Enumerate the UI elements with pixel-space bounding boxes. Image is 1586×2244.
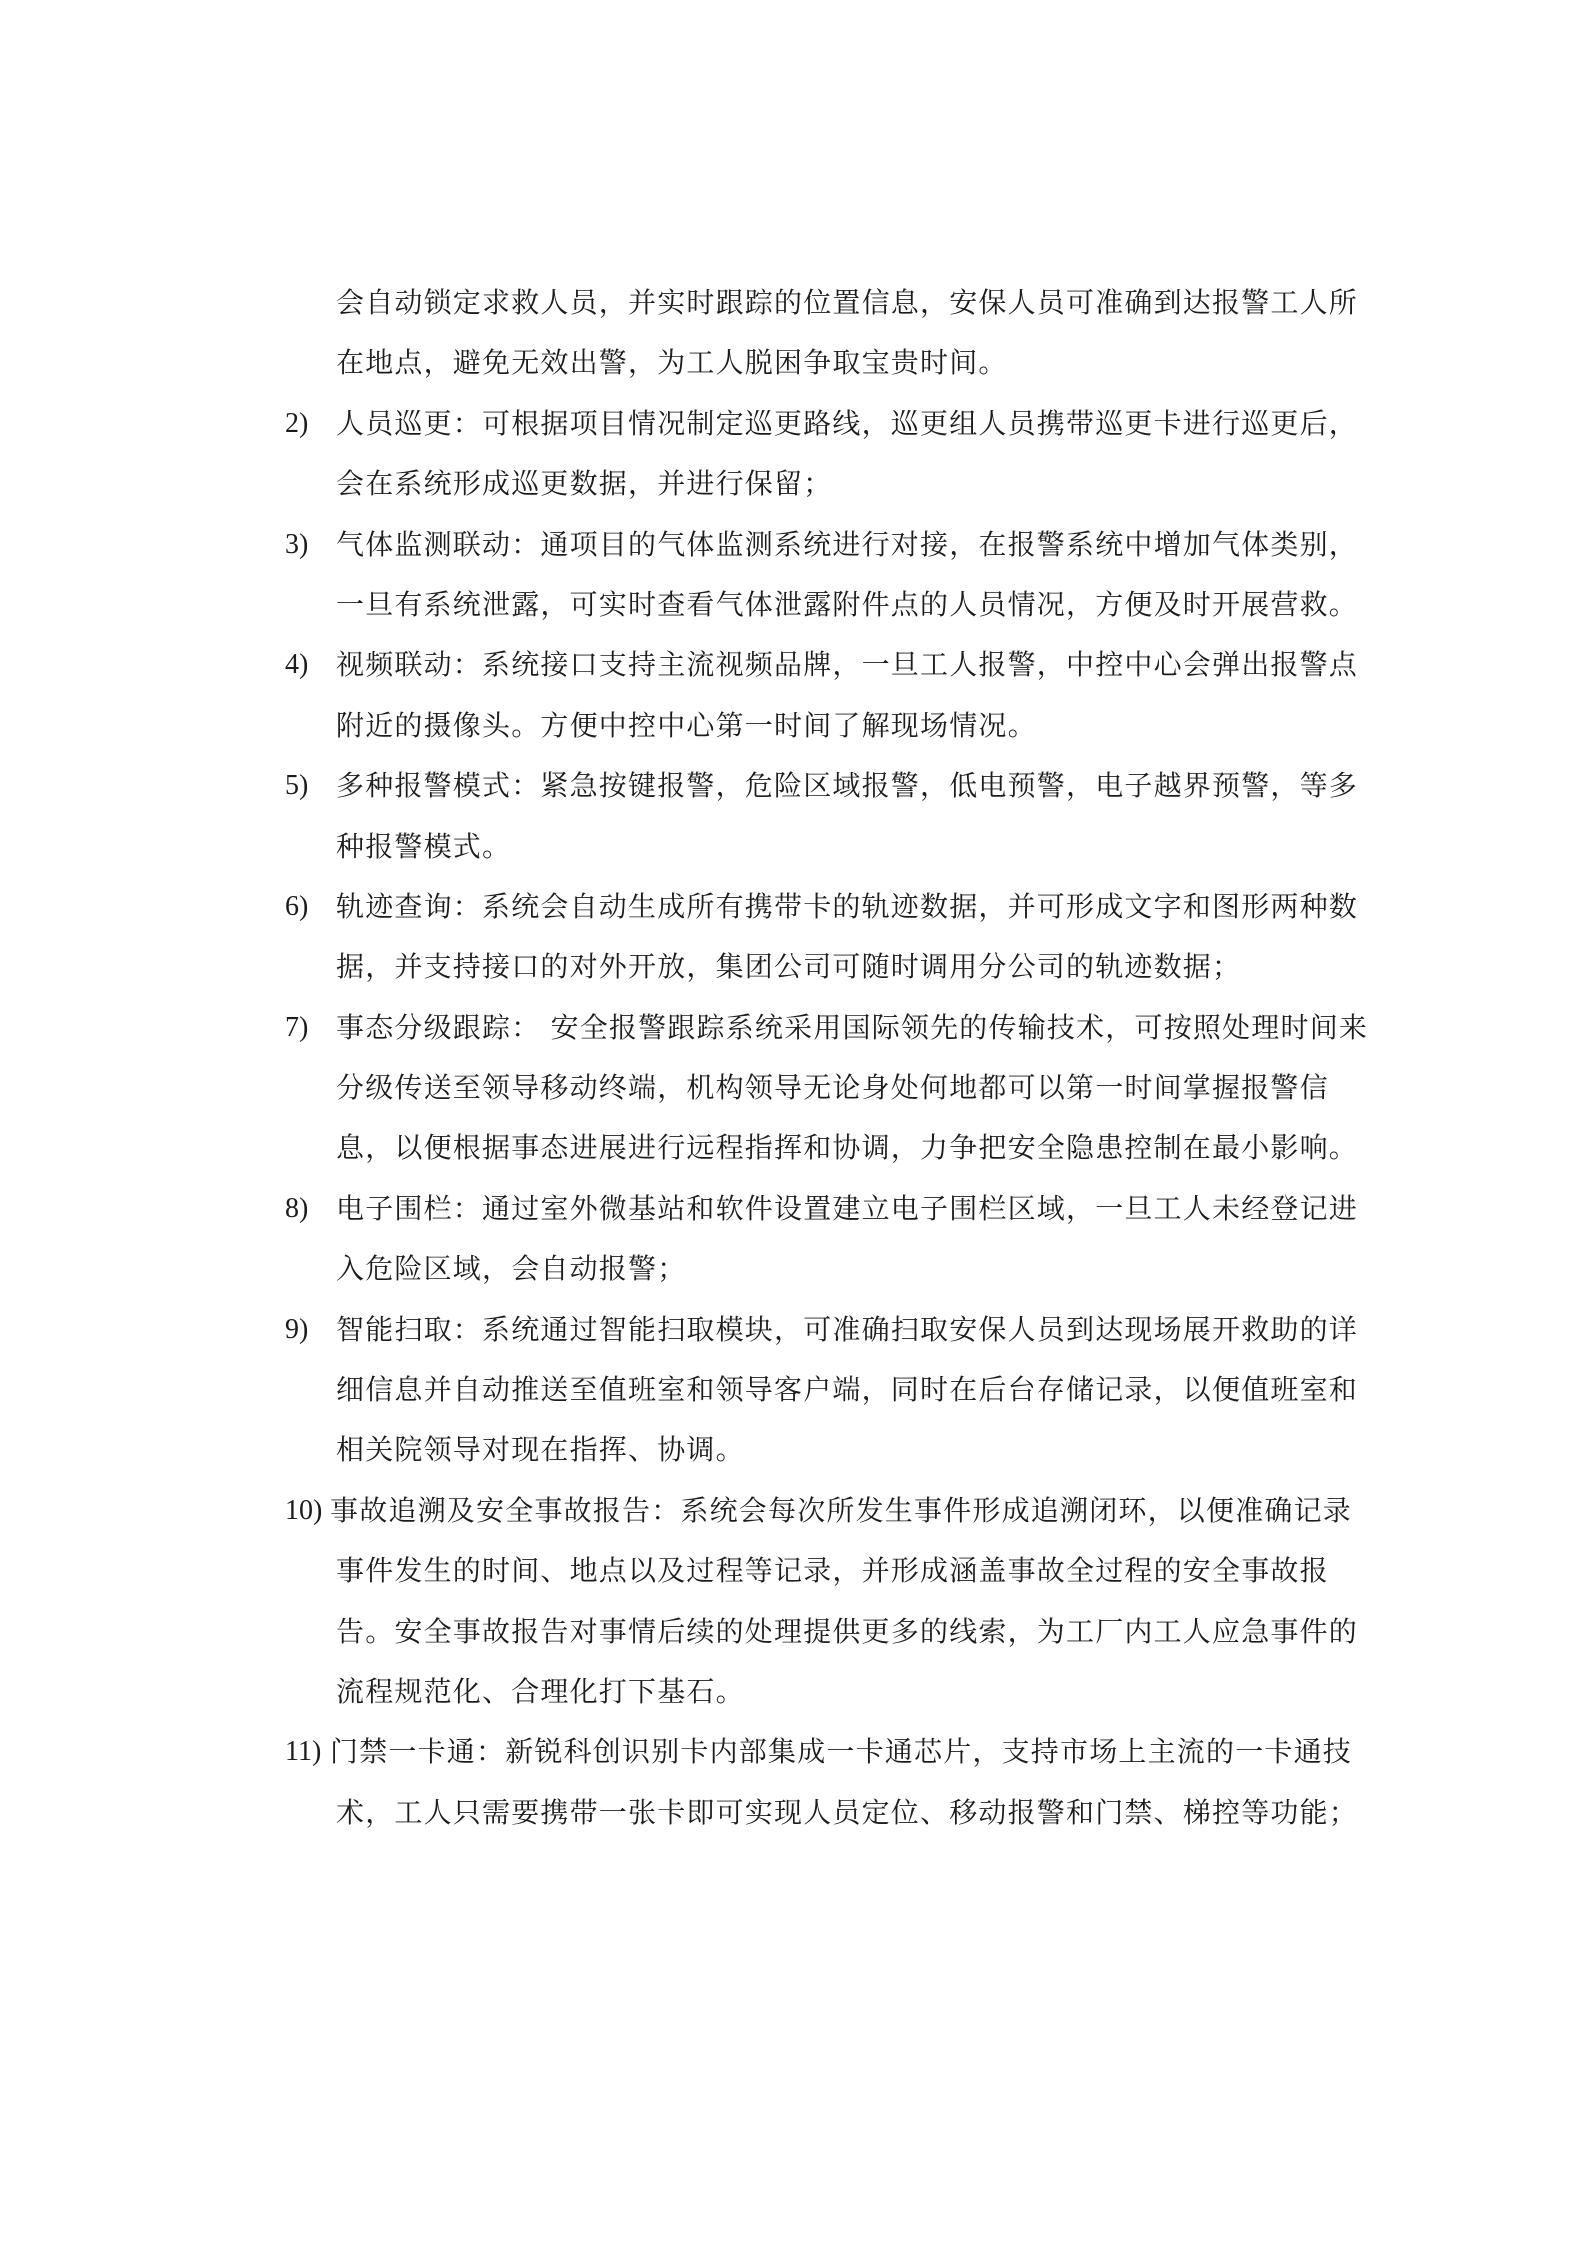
paragraph-line: 细信息并自动推送至值班室和领导客户端，同时在后台存储记录，以便值班室和 [0, 1360, 1586, 1420]
list-item-1-continuation: 会自动锁定求救人员，并实时跟踪的位置信息，安保人员可准确到达报警工人所 在地点，… [0, 273, 1586, 394]
paragraph-line: 流程规范化、合理化打下基石。 [0, 1662, 1586, 1722]
line-text: 入危险区域，会自动报警； [336, 1239, 686, 1299]
paragraph-line: 告。安全事故报告对事情后续的处理提供更多的线索，为工厂内工人应急事件的 [0, 1602, 1586, 1662]
paragraph-line: 2) 人员巡更：可根据项目情况制定巡更路线，巡更组人员携带巡更卡进行巡更后， [0, 394, 1586, 454]
paragraph-line: 4) 视频联动：系统接口支持主流视频品牌，一旦工人报警，中控中心会弹出报警点 [0, 635, 1586, 695]
paragraph-line: 5) 多种报警模式：紧急按键报警，危险区域报警，低电预警，电子越界预警，等多 [0, 756, 1586, 816]
list-item-accident-traceability: 10) 事故追溯及安全事故报告：系统会每次所发生事件形成追溯闭环，以便准确记录 … [0, 1481, 1586, 1723]
list-item-access-card: 11) 门禁一卡通：新锐科创识别卡内部集成一卡通芯片，支持市场上主流的一卡通技 … [0, 1722, 1586, 1843]
paragraph-line: 7) 事态分级跟踪： 安全报警跟踪系统采用国际领先的传输技术，可按照处理时间来 [0, 998, 1586, 1058]
paragraph-line: 在地点，避免无效出警，为工人脱困争取宝贵时间。 [0, 333, 1586, 393]
line-text: 术，工人只需要携带一张卡即可实现人员定位、移动报警和门禁、梯控等功能； [336, 1783, 1358, 1843]
paragraph-line: 息，以便根据事态进展进行远程指挥和协调，力争把安全隐患控制在最小影响。 [0, 1118, 1586, 1178]
item-number: 11) [285, 1722, 321, 1782]
paragraph-line: 一旦有系统泄露，可实时查看气体泄露附件点的人员情况，方便及时开展营救。 [0, 575, 1586, 635]
line-text: 气体监测联动：通项目的气体监测系统进行对接，在报警系统中增加气体类别， [336, 515, 1358, 575]
paragraph-line: 8) 电子围栏：通过室外微基站和软件设置建立电子围栏区域，一旦工人未经登记进 [0, 1179, 1586, 1239]
item-number: 2) [285, 394, 308, 454]
item-number: 3) [285, 515, 308, 575]
paragraph-line: 9) 智能扫取：系统通过智能扫取模块，可准确扫取安保人员到达现场展开救助的详 [0, 1300, 1586, 1360]
line-text: 流程规范化、合理化打下基石。 [336, 1662, 745, 1722]
paragraph-line: 事件发生的时间、地点以及过程等记录，并形成涵盖事故全过程的安全事故报 [0, 1541, 1586, 1601]
line-text: 在地点，避免无效出警，为工人脱困争取宝贵时间。 [336, 333, 1008, 393]
item-number: 5) [285, 756, 308, 816]
line-text: 附近的摄像头。方便中控中心第一时间了解现场情况。 [336, 696, 1037, 756]
list-item-electronic-fence: 8) 电子围栏：通过室外微基站和软件设置建立电子围栏区域，一旦工人未经登记进 入… [0, 1179, 1586, 1300]
paragraph-line: 10) 事故追溯及安全事故报告：系统会每次所发生事件形成追溯闭环，以便准确记录 [0, 1481, 1586, 1541]
paragraph-line: 相关院领导对现在指挥、协调。 [0, 1420, 1586, 1480]
paragraph-line: 会在系统形成巡更数据，并进行保留； [0, 454, 1586, 514]
paragraph-line: 种报警模式。 [0, 817, 1586, 877]
line-text: 会在系统形成巡更数据，并进行保留； [336, 454, 832, 514]
list-item-personnel-patrol: 2) 人员巡更：可根据项目情况制定巡更路线，巡更组人员携带巡更卡进行巡更后， 会… [0, 394, 1586, 515]
item-number: 4) [285, 635, 308, 695]
paragraph-line: 会自动锁定求救人员，并实时跟踪的位置信息，安保人员可准确到达报警工人所 [0, 273, 1586, 333]
line-text: 电子围栏：通过室外微基站和软件设置建立电子围栏区域，一旦工人未经登记进 [336, 1179, 1358, 1239]
line-text: 事件发生的时间、地点以及过程等记录，并形成涵盖事故全过程的安全事故报 [336, 1541, 1329, 1601]
list-item-event-tracking: 7) 事态分级跟踪： 安全报警跟踪系统采用国际领先的传输技术，可按照处理时间来 … [0, 998, 1586, 1179]
paragraph-line: 6) 轨迹查询：系统会自动生成所有携带卡的轨迹数据，并可形成文字和图形两种数 [0, 877, 1586, 937]
paragraph-line: 附近的摄像头。方便中控中心第一时间了解现场情况。 [0, 696, 1586, 756]
line-text: 细信息并自动推送至值班室和领导客户端，同时在后台存储记录，以便值班室和 [336, 1360, 1358, 1420]
line-text: 多种报警模式：紧急按键报警，危险区域报警，低电预警，电子越界预警，等多 [336, 756, 1358, 816]
list-item-smart-capture: 9) 智能扫取：系统通过智能扫取模块，可准确扫取安保人员到达现场展开救助的详 细… [0, 1300, 1586, 1481]
paragraph-line: 术，工人只需要携带一张卡即可实现人员定位、移动报警和门禁、梯控等功能； [0, 1783, 1586, 1843]
list-item-track-query: 6) 轨迹查询：系统会自动生成所有携带卡的轨迹数据，并可形成文字和图形两种数 据… [0, 877, 1586, 998]
line-text: 据，并支持接口的对外开放，集团公司可随时调用分公司的轨迹数据； [336, 937, 1241, 997]
line-text: 人员巡更：可根据项目情况制定巡更路线，巡更组人员携带巡更卡进行巡更后， [336, 394, 1358, 454]
line-text: 息，以便根据事态进展进行远程指挥和协调，力争把安全隐患控制在最小影响。 [336, 1118, 1358, 1178]
item-number: 9) [285, 1300, 308, 1360]
line-text: 相关院领导对现在指挥、协调。 [336, 1420, 745, 1480]
item-number: 10) [285, 1481, 322, 1541]
line-text: 视频联动：系统接口支持主流视频品牌，一旦工人报警，中控中心会弹出报警点 [336, 635, 1358, 695]
list-item-video-linkage: 4) 视频联动：系统接口支持主流视频品牌，一旦工人报警，中控中心会弹出报警点 附… [0, 635, 1586, 756]
line-text: 告。安全事故报告对事情后续的处理提供更多的线索，为工厂内工人应急事件的 [336, 1602, 1358, 1662]
paragraph-line: 据，并支持接口的对外开放，集团公司可随时调用分公司的轨迹数据； [0, 937, 1586, 997]
item-number: 7) [285, 998, 308, 1058]
item-number: 6) [285, 877, 308, 937]
line-text: 事故追溯及安全事故报告：系统会每次所发生事件形成追溯闭环，以便准确记录 [330, 1481, 1352, 1541]
paragraph-line: 分级传送至领导移动终端，机构领导无论身处何地都可以第一时间掌握报警信 [0, 1058, 1586, 1118]
line-text: 分级传送至领导移动终端，机构领导无论身处何地都可以第一时间掌握报警信 [336, 1058, 1329, 1118]
line-text: 门禁一卡通：新锐科创识别卡内部集成一卡通芯片，支持市场上主流的一卡通技 [330, 1722, 1352, 1782]
list-item-gas-monitoring: 3) 气体监测联动：通项目的气体监测系统进行对接，在报警系统中增加气体类别， 一… [0, 515, 1586, 636]
list-item-alarm-modes: 5) 多种报警模式：紧急按键报警，危险区域报警，低电预警，电子越界预警，等多 种… [0, 756, 1586, 877]
line-text: 一旦有系统泄露，可实时查看气体泄露附件点的人员情况，方便及时开展营救。 [336, 575, 1358, 635]
feature-list: 会自动锁定求救人员，并实时跟踪的位置信息，安保人员可准确到达报警工人所 在地点，… [0, 273, 1586, 1843]
line-text: 种报警模式。 [336, 817, 511, 877]
paragraph-line: 入危险区域，会自动报警； [0, 1239, 1586, 1299]
line-text: 轨迹查询：系统会自动生成所有携带卡的轨迹数据，并可形成文字和图形两种数 [336, 877, 1358, 937]
item-number: 8) [285, 1179, 308, 1239]
paragraph-line: 3) 气体监测联动：通项目的气体监测系统进行对接，在报警系统中增加气体类别， [0, 515, 1586, 575]
line-text: 事态分级跟踪： 安全报警跟踪系统采用国际领先的传输技术，可按照处理时间来 [336, 998, 1368, 1058]
paragraph-line: 11) 门禁一卡通：新锐科创识别卡内部集成一卡通芯片，支持市场上主流的一卡通技 [0, 1722, 1586, 1782]
line-text: 智能扫取：系统通过智能扫取模块，可准确扫取安保人员到达现场展开救助的详 [336, 1300, 1358, 1360]
line-text: 会自动锁定求救人员，并实时跟踪的位置信息，安保人员可准确到达报警工人所 [336, 273, 1358, 333]
document-page: 会自动锁定求救人员，并实时跟踪的位置信息，安保人员可准确到达报警工人所 在地点，… [0, 0, 1586, 2244]
